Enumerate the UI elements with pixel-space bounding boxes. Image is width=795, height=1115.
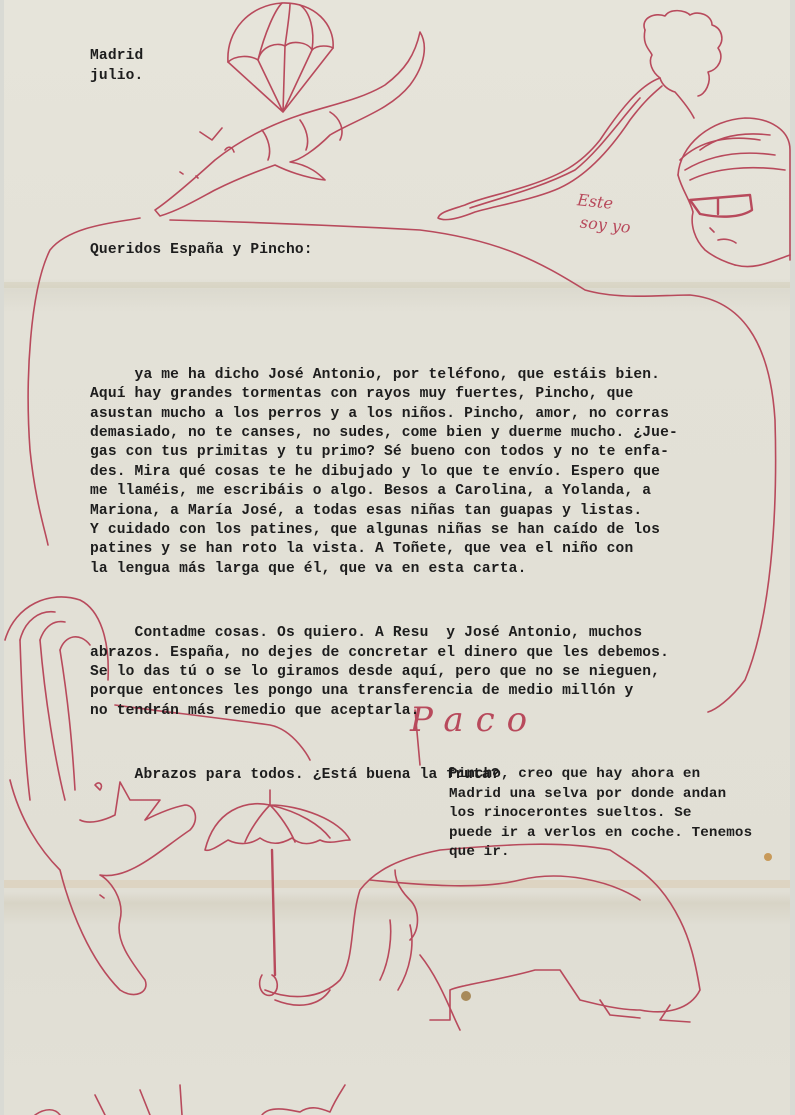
text-line: abrazos. España, no dejes de concretar e… bbox=[90, 644, 678, 663]
text-line: porque entonces les pongo una transferen… bbox=[90, 682, 678, 701]
letter-body: ya me ha dicho José Antonio, por teléfon… bbox=[90, 327, 678, 805]
text-line: Aquí hay grandes tormentas con rayos muy… bbox=[90, 385, 678, 404]
salutation: Queridos España y Pincho: bbox=[90, 241, 313, 260]
text-line: Mariona, a María José, a todas esas niña… bbox=[90, 502, 678, 521]
text-line: gas con tus primitas y tu primo? Sé buen… bbox=[90, 443, 678, 462]
text-line: Y cuidado con los patines, que algunas n… bbox=[90, 521, 678, 540]
side-note: Pincho, creo que hay ahora enMadrid una … bbox=[449, 765, 752, 863]
text-line: me llaméis, me escribáis o algo. Besos a… bbox=[90, 482, 678, 501]
paragraph: ya me ha dicho José Antonio, por teléfon… bbox=[90, 366, 678, 579]
text-line: ya me ha dicho José Antonio, por teléfon… bbox=[90, 366, 678, 385]
handwritten-signature: Paco bbox=[410, 700, 539, 740]
text-line: demasiado, no te canses, no sudes, come … bbox=[90, 424, 678, 443]
text-line: patines y se han roto la vista. A Toñete… bbox=[90, 540, 678, 559]
paper-fold bbox=[4, 282, 790, 288]
text-line: asustan mucho a los perros y a los niños… bbox=[90, 405, 678, 424]
handwritten-caption: Este soy yo bbox=[574, 189, 634, 239]
text-line: los rinocerontes sueltos. Se bbox=[449, 804, 752, 824]
text-line: que ir. bbox=[449, 843, 752, 863]
paragraph: Contadme cosas. Os quiero. A Resu y José… bbox=[90, 624, 678, 721]
text-line: Contadme cosas. Os quiero. A Resu y José… bbox=[90, 624, 678, 643]
text-line: puede ir a verlos en coche. Tenemos bbox=[449, 824, 752, 844]
date-text: julio. bbox=[90, 66, 143, 86]
paper-fold bbox=[4, 880, 790, 888]
text-line: Madrid una selva por donde andan bbox=[449, 785, 752, 805]
place-text: Madrid bbox=[90, 46, 143, 66]
letter-place-date: Madridjulio. bbox=[90, 46, 143, 86]
text-line: Pincho, creo que hay ahora en bbox=[449, 765, 752, 785]
text-line: des. Mira qué cosas te he dibujado y lo … bbox=[90, 463, 678, 482]
text-line: la lengua más larga que él, que va en es… bbox=[90, 560, 678, 579]
text-line: no tendrán más remedio que aceptarla. bbox=[90, 702, 678, 721]
text-line: Se lo das tú o se lo giramos desde aquí,… bbox=[90, 663, 678, 682]
